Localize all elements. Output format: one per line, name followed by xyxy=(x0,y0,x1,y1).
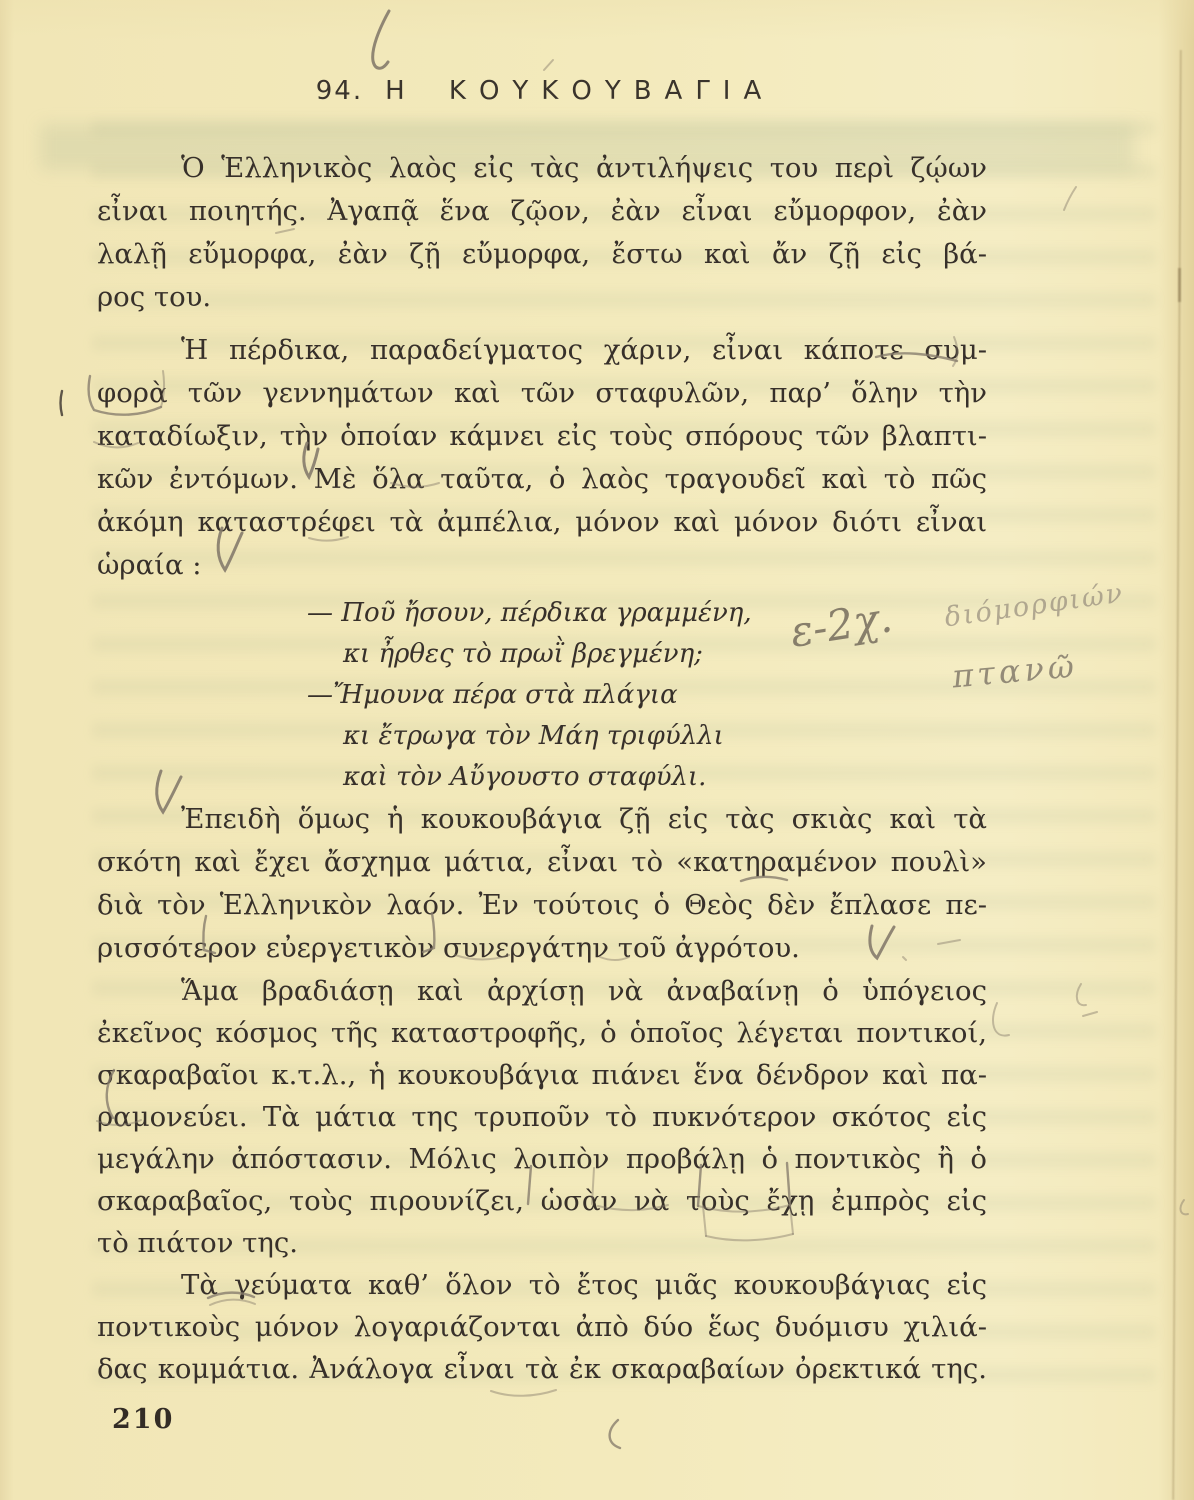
page-number: 210 xyxy=(112,1404,174,1435)
paragraph: Ἅμα βραδιάσῃ καὶ ἀρχίσῃ νὰ ἀναβαίνῃ ὁ ὑπ… xyxy=(97,970,987,1264)
text-line: μεγάλην ἀπόστασιν. Μόλις λοιπὸν προβάλῃ … xyxy=(97,1138,987,1180)
text-line: ποντικοὺς μόνον λογαριάζονται ἀπὸ δύο ἕω… xyxy=(97,1306,987,1348)
text-line: ἀκόμη καταστρέφει τὰ ἀμπέλια, μόνον καὶ … xyxy=(97,501,987,544)
text-line: τὸ πιάτον της. xyxy=(97,1222,987,1264)
pencil-slash xyxy=(1064,187,1076,210)
folk-song-quote: — Ποῦ ἤσουν, πέρδικα γραμμένη, κι ἦρθες … xyxy=(307,593,987,798)
pencil-hook xyxy=(1181,1200,1188,1214)
page-body-text: Ὁ Ἑλληνικὸς λαὸς εἰς τὰς ἀντιλήψεις του … xyxy=(97,147,987,1390)
verse-line: καὶ τὸν Αὔγουστο σταφύλι. xyxy=(343,757,987,798)
page-edge-crease xyxy=(1172,50,1182,1500)
text-line: σκότη καὶ ἔχει ἄσχημα μάτια, εἶναι τὸ «κ… xyxy=(97,841,987,884)
paragraph: Τὰ γεύματα καθ’ ὅλον τὸ ἔτος μιᾶς κουκου… xyxy=(97,1264,987,1390)
pencil-tick xyxy=(544,60,553,70)
text-line: σκαραβαῖοι κ.τ.λ., ἡ κουκουβάγια πιάνει … xyxy=(97,1054,987,1096)
text-line: δας κομμάτια. Ἀνάλογα εἶναι τὰ ἐκ σκαραβ… xyxy=(97,1348,987,1390)
paragraph: Ὁ Ἑλληνικὸς λαὸς εἰς τὰς ἀντιλήψεις του … xyxy=(97,147,987,319)
scanned-book-page: 94.Η ΚΟΥΚΟΥΒΑΓΙΑ Ὁ Ἑλληνικὸς λαὸς εἰς τὰ… xyxy=(0,0,1194,1500)
pencil-hook xyxy=(610,1420,620,1448)
verse-line: — Ποῦ ἤσουν, πέρδικα γραμμένη, xyxy=(307,593,987,634)
text-line: ρος του. xyxy=(97,276,987,319)
pencil-squiggle xyxy=(993,1003,1009,1036)
text-line: σκαραβαῖος, τοὺς πιρουνίζει, ὡσὰν νὰ τοὺ… xyxy=(97,1180,987,1222)
section-number: 94. xyxy=(316,76,363,106)
verse-line: κι ἦρθες τὸ πρωῒ βρεγμένη; xyxy=(343,634,987,675)
pencil-squiggle xyxy=(491,1390,556,1396)
text-line: διὰ τὸν Ἑλληνικὸν λαόν. Ἐν τούτοις ὁ Θεὸ… xyxy=(97,884,987,927)
text-line: εἶναι ποιητής. Ἀγαπᾷ ἕνα ζῷον, ἐὰν εἶναι… xyxy=(97,190,987,233)
pencil-hook xyxy=(1077,984,1086,1005)
pencil-checkmark xyxy=(373,11,389,68)
section-heading: 94.Η ΚΟΥΚΟΥΒΑΓΙΑ xyxy=(100,76,990,106)
text-line: ραμονεύει. Τὰ μάτια της τρυποῦν τὸ πυκνό… xyxy=(97,1096,987,1138)
text-line: φορὰ τῶν γεννημάτων καὶ τῶν σταφυλῶν, πα… xyxy=(97,372,987,415)
paragraph: Ἡ πέρδικα, παραδείγματος χάριν, εἶναι κά… xyxy=(97,329,987,587)
text-line: ἐκεῖνος κόσμος τῆς καταστροφῆς, ὁ ὁποῖος… xyxy=(97,1012,987,1054)
text-line: λαλῇ εὔμορφα, ἐὰν ζῇ εὔμορφα, ἔστω καὶ ἄ… xyxy=(97,233,987,276)
text-line: ὡραία : xyxy=(97,544,987,587)
text-line: Ἅμα βραδιάσῃ καὶ ἀρχίσῃ νὰ ἀναβαίνῃ ὁ ὑπ… xyxy=(97,970,987,1012)
text-line: ρισσότερον εὐεργετικὸν συνεργάτην τοῦ ἀγ… xyxy=(97,927,987,970)
verse-line: κι ἔτρωγα τὸν Μάη τριφύλλι xyxy=(343,716,987,757)
text-line: κῶν ἐντόμων. Μὲ ὅλα ταῦτα, ὁ λαὸς τραγου… xyxy=(97,458,987,501)
text-line: Ἡ πέρδικα, παραδείγματος χάριν, εἶναι κά… xyxy=(97,329,987,372)
text-line: Τὰ γεύματα καθ’ ὅλον τὸ ἔτος μιᾶς κουκου… xyxy=(97,1264,987,1306)
page-edge-crease-notch xyxy=(1178,268,1181,302)
text-line: καταδίωξιν, τὴν ὁποίαν κάμνει εἰς τοὺς σ… xyxy=(97,415,987,458)
text-line: Ὁ Ἑλληνικὸς λαὸς εἰς τὰς ἀντιλήψεις του … xyxy=(97,147,987,190)
text-line: Ἐπειδὴ ὅμως ἡ κουκουβάγια ζῇ εἰς τὰς σκι… xyxy=(97,798,987,841)
paragraph: Ἐπειδὴ ὅμως ἡ κουκουβάγια ζῇ εἰς τὰς σκι… xyxy=(97,798,987,970)
ink-stray-mark xyxy=(61,391,63,415)
section-title: Η ΚΟΥΚΟΥΒΑΓΙΑ xyxy=(385,76,774,106)
verse-line: —Ἤμουνα πέρα στὰ πλάγια xyxy=(307,675,987,716)
pencil-dash xyxy=(1083,1012,1097,1016)
